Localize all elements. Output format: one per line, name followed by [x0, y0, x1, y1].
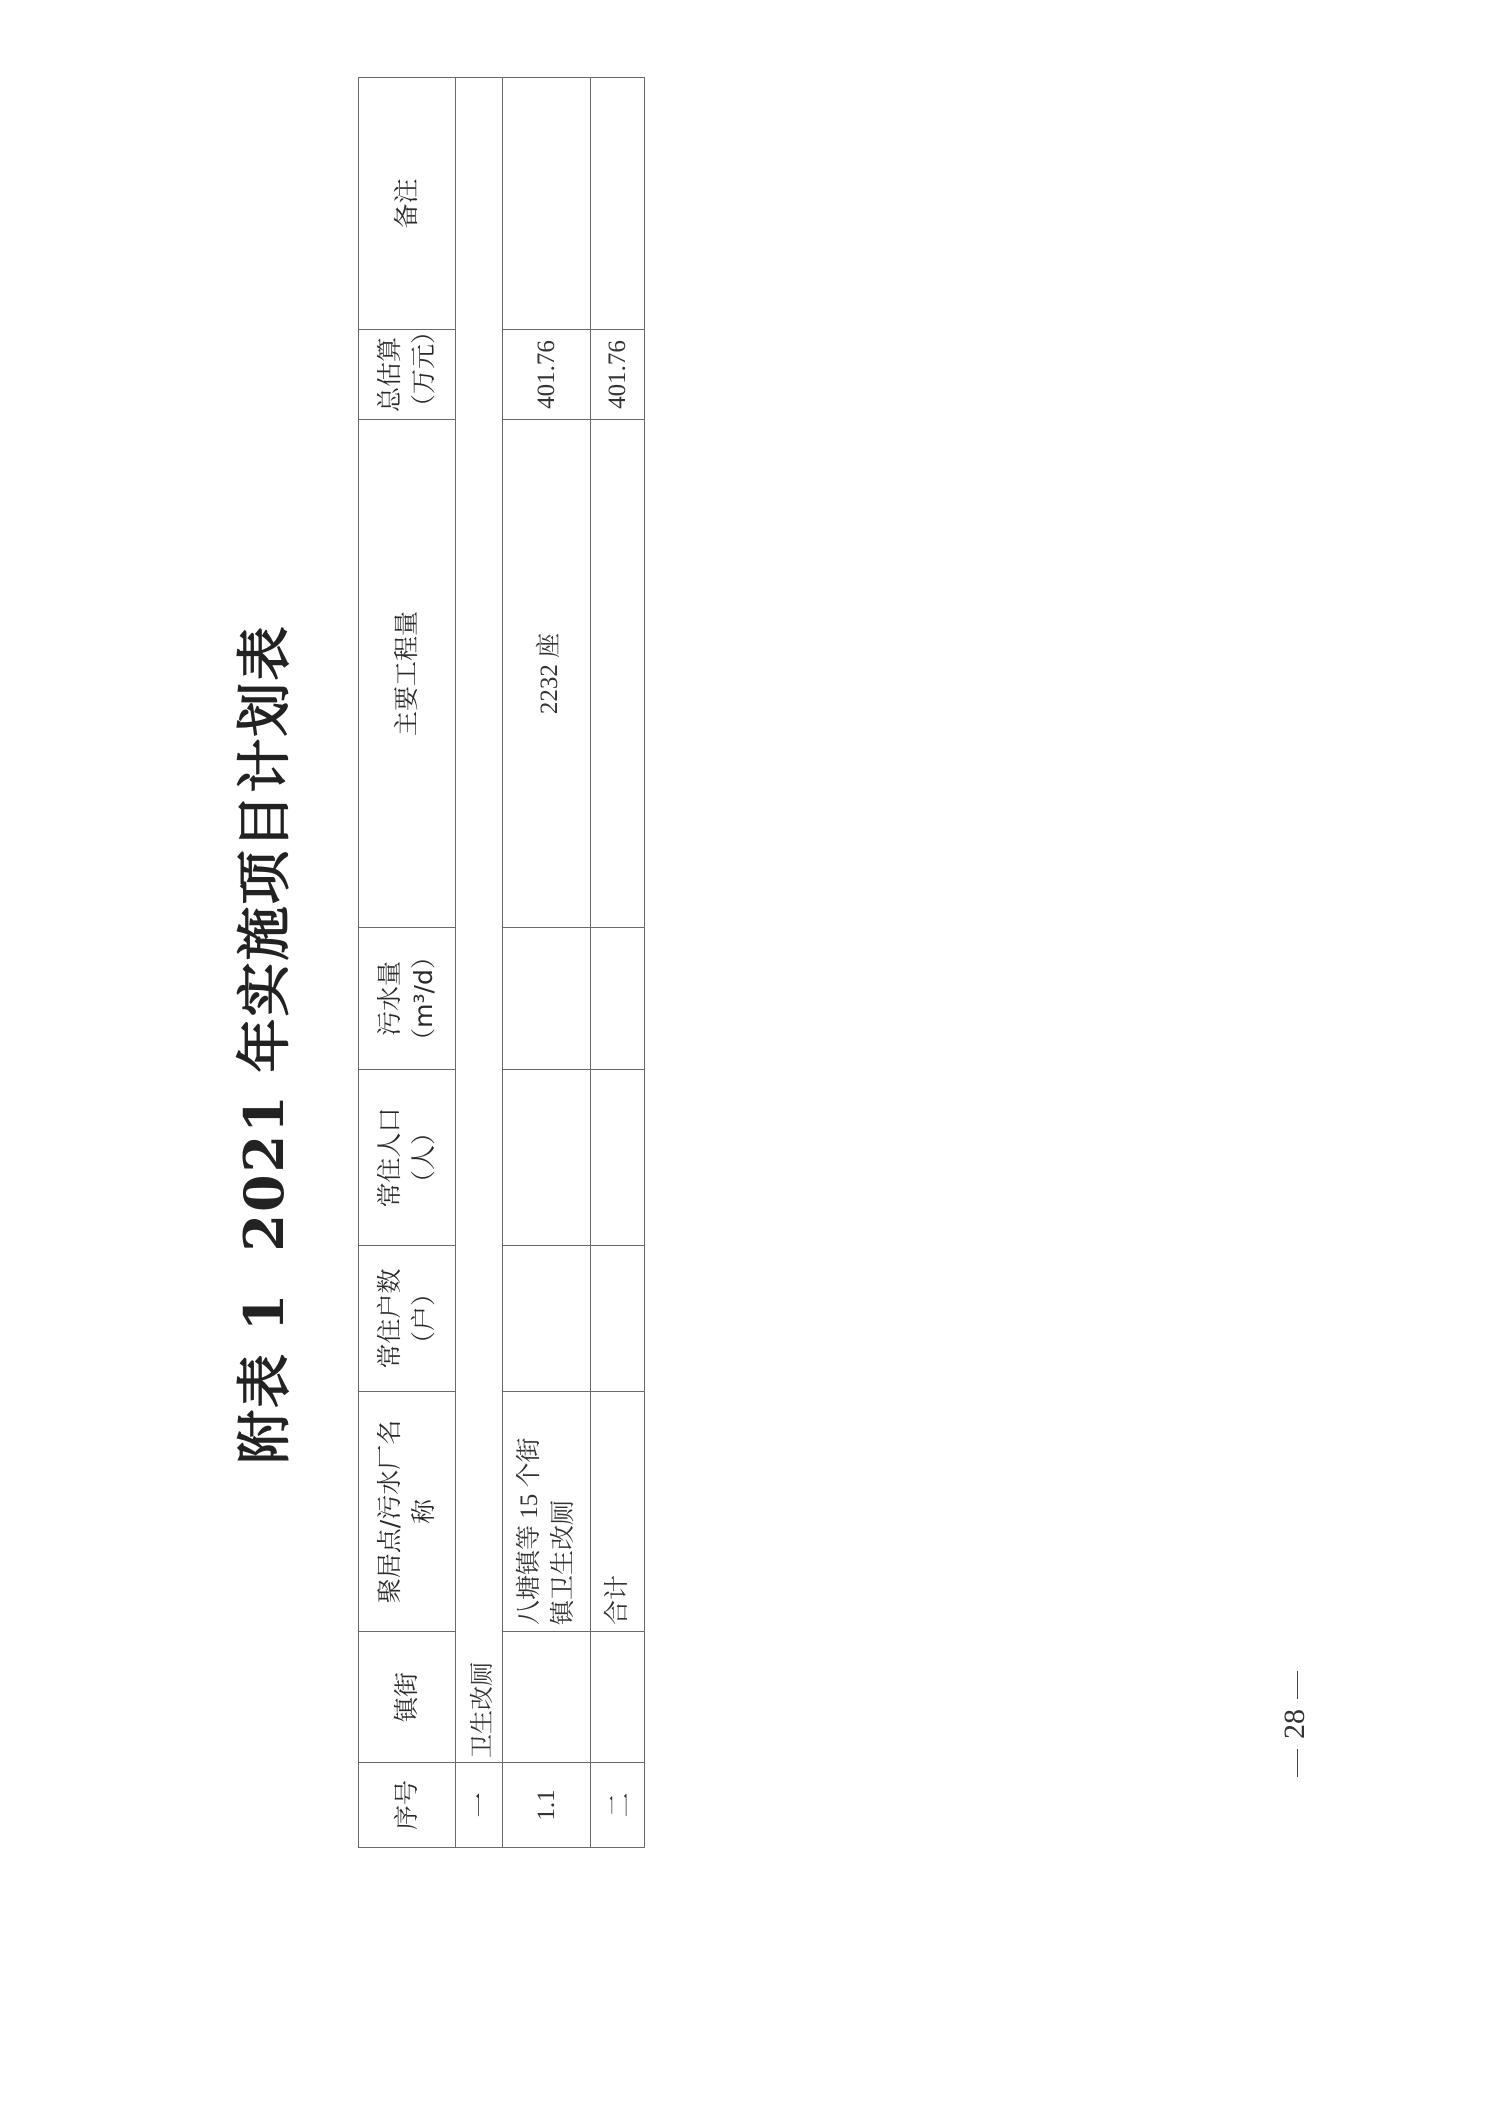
header-site-name: 聚居点/污水厂名 称	[359, 1392, 456, 1632]
row-site-name-line1: 八塘镇等 15 个街	[516, 1437, 543, 1625]
page-number-value: 28	[1278, 1709, 1311, 1739]
page-number-dash-right	[1297, 1671, 1298, 1699]
total-households	[591, 1246, 645, 1392]
table-row: 1.1 八塘镇等 15 个街 镇卫生改厕 2232 座 401.76	[503, 78, 591, 1848]
header-town: 镇街	[359, 1632, 456, 1763]
header-households: 常住户数 （户）	[359, 1246, 456, 1392]
row-main-works: 2232 座	[503, 420, 591, 928]
total-sewage-volume	[591, 928, 645, 1070]
header-site-name-line2: 称	[409, 1499, 438, 1524]
total-seq: 二	[591, 1763, 645, 1848]
header-sewage-line2: （m³/d）	[409, 944, 438, 1053]
row-site-name: 八塘镇等 15 个街 镇卫生改厕	[503, 1392, 591, 1632]
total-estimate: 401.76	[591, 330, 645, 420]
header-total-estimate: 总估算 （万元）	[359, 330, 456, 420]
total-label: 合计	[591, 1392, 645, 1632]
total-population	[591, 1070, 645, 1246]
page-number-dash-left	[1297, 1749, 1298, 1777]
row-remarks	[503, 78, 591, 330]
row-town	[503, 1632, 591, 1763]
page-number: 28	[1278, 1644, 1312, 1804]
project-plan-table: 序号 镇街 聚居点/污水厂名 称 常住户数 （户） 常住人口 （人） 污水量 （…	[358, 77, 645, 1848]
total-main-works	[591, 420, 645, 928]
header-site-name-line1: 聚居点/污水厂名	[375, 1420, 404, 1603]
header-households-line2: （户）	[409, 1281, 438, 1356]
header-population-line1: 常住人口	[375, 1108, 404, 1208]
row-households	[503, 1246, 591, 1392]
total-remarks	[591, 78, 645, 330]
page-title: 附表 12021 年实施项目计划表	[232, 634, 296, 1464]
header-estimate-line1: 总估算	[375, 337, 404, 412]
header-remarks: 备注	[359, 78, 456, 330]
header-population: 常住人口 （人）	[359, 1070, 456, 1246]
section-row: 一 卫生改厕	[456, 78, 503, 1848]
row-population	[503, 1070, 591, 1246]
header-sewage-volume: 污水量 （m³/d）	[359, 928, 456, 1070]
row-sewage-volume	[503, 928, 591, 1070]
header-population-line2: （人）	[409, 1120, 438, 1195]
title-prefix: 附表 1	[232, 1292, 296, 1464]
row-seq: 1.1	[503, 1763, 591, 1848]
header-households-line1: 常住户数	[375, 1269, 404, 1369]
section-label-cell: 卫生改厕	[456, 78, 503, 1763]
rotated-page: 附表 12021 年实施项目计划表 序号 镇街 聚居点/污水厂名 称 常住户数 …	[0, 0, 1488, 2104]
row-site-name-line2: 镇卫生改厕	[550, 1500, 577, 1625]
header-estimate-line2: （万元）	[409, 330, 438, 420]
total-town	[591, 1632, 645, 1763]
header-seq: 序号	[359, 1763, 456, 1848]
header-sewage-line1: 污水量	[375, 961, 404, 1036]
section-seq: 一	[456, 1763, 503, 1848]
section-label: 卫生改厕	[462, 78, 497, 1762]
header-row: 序号 镇街 聚居点/污水厂名 称 常住户数 （户） 常住人口 （人） 污水量 （…	[359, 78, 456, 1848]
title-main: 2021 年实施项目计划表	[232, 625, 296, 1252]
total-row: 二 合计 401.76	[591, 78, 645, 1848]
row-total-estimate: 401.76	[503, 330, 591, 420]
header-main-works: 主要工程量	[359, 420, 456, 928]
